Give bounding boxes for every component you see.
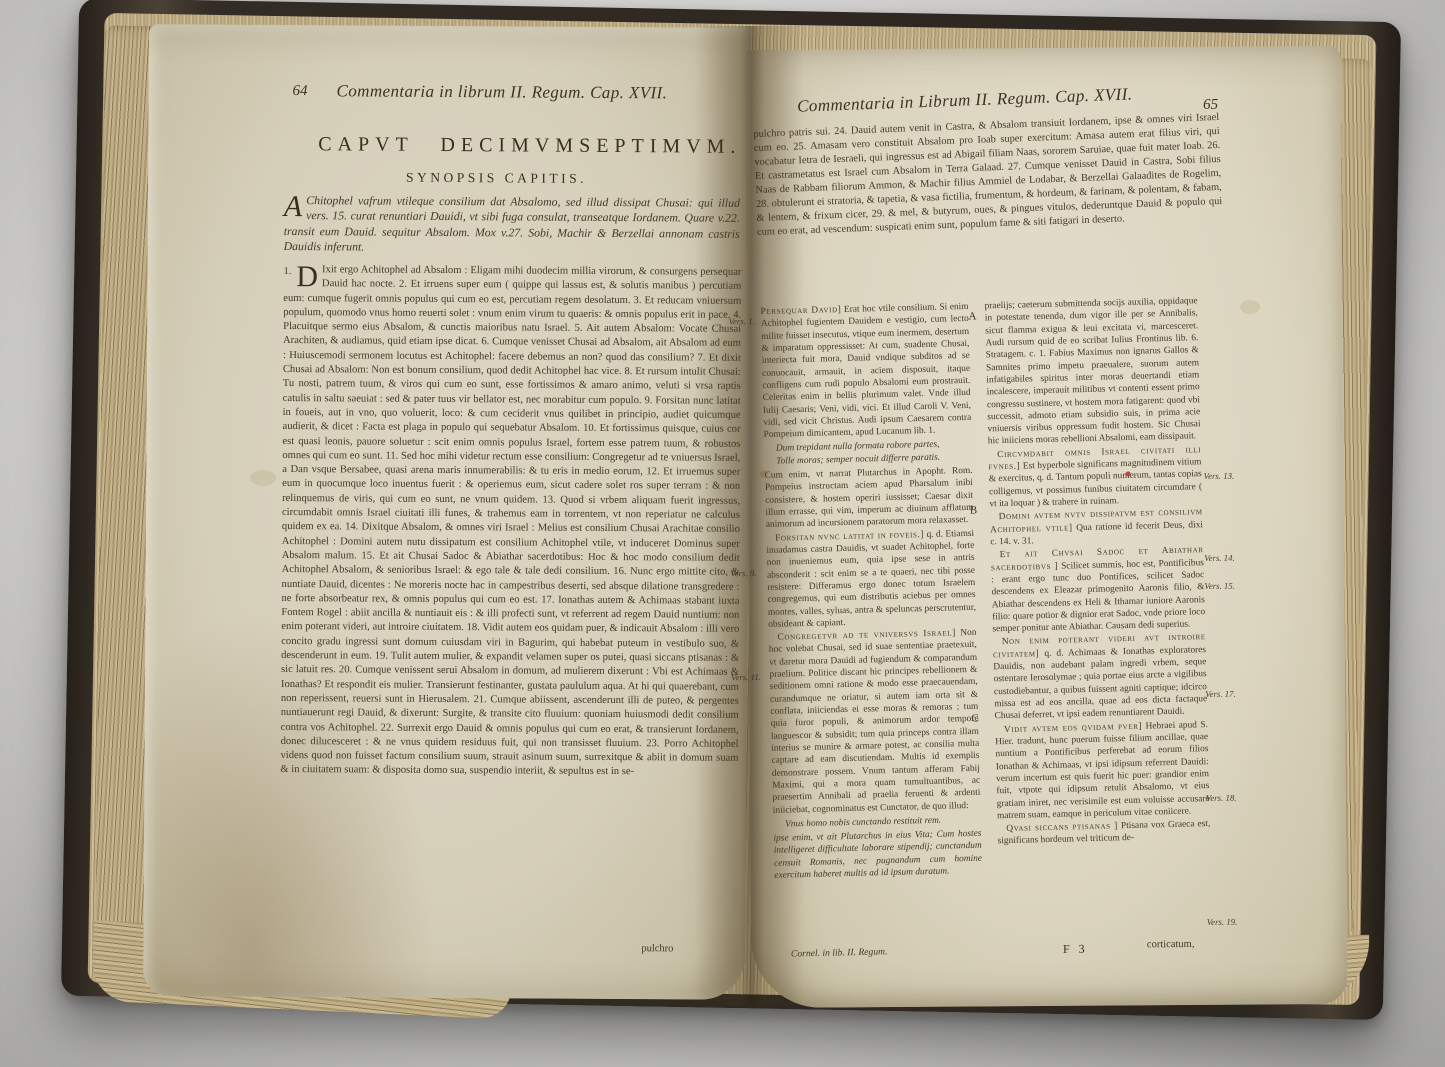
column-letter-B: B <box>970 504 977 516</box>
signature-mark: F 3 <box>1063 942 1088 957</box>
margin-note-vers-14: Vers. 14. <box>1204 553 1235 563</box>
page-number-left: 64 <box>293 83 308 100</box>
commentary-column-left: Persequar David] Erat hoc vtile consiliu… <box>760 301 984 956</box>
synopsis-dropcap: A <box>284 193 306 219</box>
commentary-paragraph: Domini avtem nvtv dissipatvm est consili… <box>990 506 1204 548</box>
verse-1-marker: 1. <box>283 263 296 279</box>
running-header-left: Commentaria in librum II. Regum. Cap. XV… <box>337 81 668 103</box>
commentary-paragraph: praelijs; caeterum submittenda socijs au… <box>984 295 1201 448</box>
commentary-paragraph: Qvasi siccans ptisanas ] Ptisana vox Gra… <box>997 818 1211 848</box>
photo-of-open-antique-book: 64 Commentaria in librum II. Regum. Cap.… <box>0 0 1445 1067</box>
column-letter-C: C <box>971 712 978 724</box>
body-text: Ixit ergo Achitophel ad Absalom : Eligam… <box>280 264 741 777</box>
commentary-paragraph: Persequar David] Erat hoc vtile consiliu… <box>760 301 971 441</box>
commentary-paragraph: ipse enim, vt ait Plutarchus in eius Vit… <box>773 828 982 882</box>
commentary-paragraph: Congregetvr ad te vniversvs Israel] Non … <box>768 627 980 817</box>
column-letter-A: A <box>968 310 976 322</box>
margin-note-vers-18: Vers. 18. <box>1206 793 1237 803</box>
right-page: Commentaria in Librum II. Regum. Cap. XV… <box>745 46 1348 1008</box>
scripture-text-verses-24-29: pulchro patris sui. 24. Dauid autem veni… <box>753 111 1223 240</box>
scripture-text-verses-1-23: 1.DIxit ergo Achitophel ad Absalom : Eli… <box>279 263 741 942</box>
margin-note-vers-9: Vers. 9. <box>730 568 756 578</box>
commentary-paragraph: Circvmdabit omnis Israel civitati illi f… <box>988 444 1202 511</box>
synopsis-paragraph: AChitophel vafrum vtileque consilium dat… <box>284 193 740 257</box>
colophon-reference: Cornel. in lib. II. Regum. <box>791 946 888 959</box>
margin-note-vers-11: Vers. 11. <box>731 672 761 682</box>
catchword-left: pulchro <box>641 943 673 954</box>
commentary-paragraph: Cum enim, vt narrat Plutarchus in Apopht… <box>764 465 973 532</box>
latin-verse-quote: Dum trepidant nulla formata robore parte… <box>776 438 973 467</box>
running-header-right: Commentaria in Librum II. Regum. Cap. XV… <box>797 84 1133 116</box>
synopsis-heading: SYNOPSIS CAPITIS. <box>406 170 587 187</box>
margin-note-vers-13: Vers. 13. <box>1204 471 1235 481</box>
margin-note-vers-15: Vers. 15. <box>1204 581 1235 591</box>
chapter-title: CAPVT DECIMVMSEPTIMVM. <box>318 133 741 159</box>
catchword-right: corticatum, <box>1147 939 1195 950</box>
commentary-paragraph: Non enim poterant videri avt introire ci… <box>993 632 1208 723</box>
left-page: 64 Commentaria in librum II. Regum. Cap.… <box>143 24 751 1000</box>
margin-note-vers-17: Vers. 17. <box>1205 689 1236 699</box>
commentary-paragraph: Et ait Chvsai Sadoc et Abiathar sacerdot… <box>991 544 1206 635</box>
commentary-paragraph: Forsitan nvnc latitat in foveis.] q. d. … <box>766 527 976 631</box>
commentary-column-right: praelijs; caeterum submittenda socijs au… <box>984 295 1213 950</box>
commentary-paragraph: Vidit avtem eos qvidam pver] Hebraei apu… <box>995 719 1210 823</box>
margin-note-vers-19: Vers. 19. <box>1207 917 1238 927</box>
synopsis-text: Chitophel vafrum vtileque consilium dat … <box>284 193 740 253</box>
body-dropcap: D <box>296 263 322 289</box>
margin-note-vers-1: Vers. 1. <box>729 316 755 326</box>
